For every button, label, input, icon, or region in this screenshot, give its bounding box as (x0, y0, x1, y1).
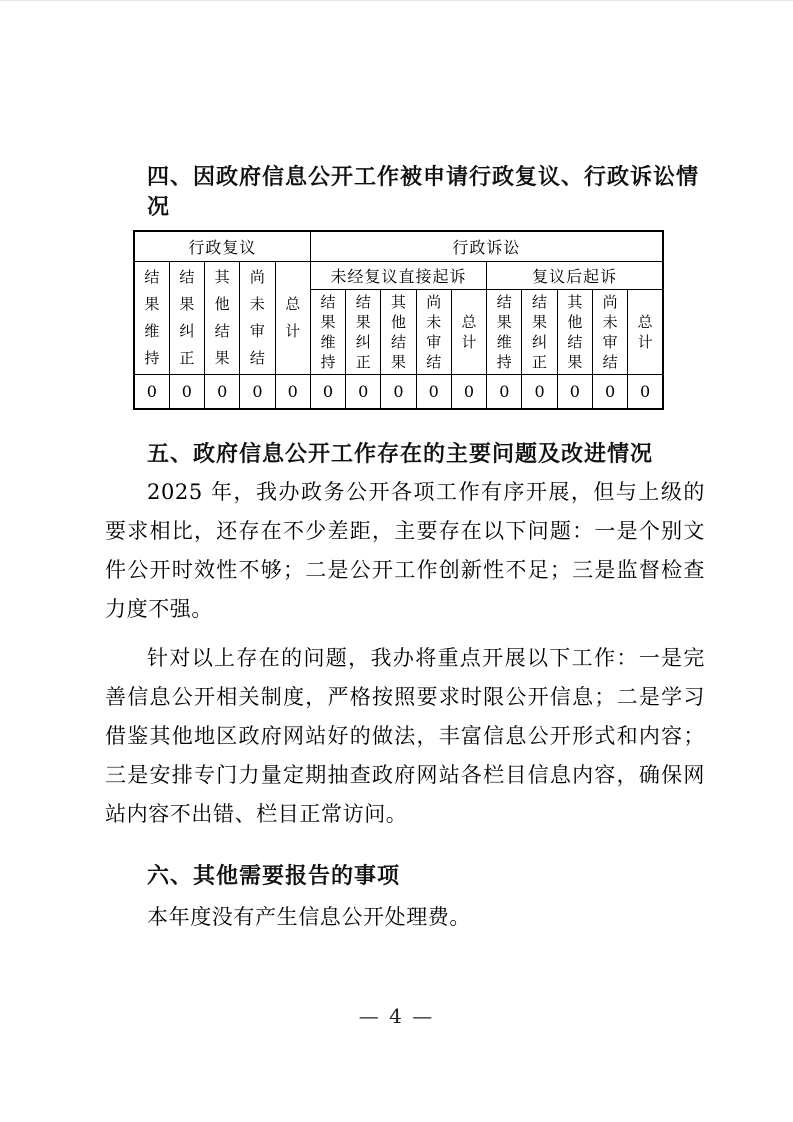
col-header-result-upheld: 结 果 维 持 (487, 290, 522, 375)
document-content: 四、因政府信息公开工作被申请行政复议、行政诉讼情况 行政复议 行政诉讼 结 果 … (0, 1, 793, 937)
col-header-result-upheld: 结 果 维 持 (310, 290, 345, 375)
col-header-result-corrected: 结 果 纠 正 (522, 290, 557, 375)
col-header-other-result: 其 他 结 果 (205, 262, 240, 375)
table-cell: 0 (416, 375, 451, 410)
section-six-paragraph: 本年度没有产生信息公开处理费。 (105, 898, 705, 937)
section-four-heading: 四、因政府信息公开工作被申请行政复议、行政诉讼情况 (105, 163, 705, 223)
review-litigation-table: 行政复议 行政诉讼 结 果 维 持 结 果 纠 正 其 他 结 果 尚 未 审 … (133, 230, 664, 410)
col-header-result-corrected: 结 果 纠 正 (346, 290, 381, 375)
table-group-header-row: 行政复议 行政诉讼 (134, 231, 663, 262)
table-cell: 0 (451, 375, 486, 410)
table-cell: 0 (169, 375, 204, 410)
col-header-pending: 尚 未 审 结 (416, 290, 451, 375)
col-header-total: 总 计 (275, 262, 310, 375)
table-cell: 0 (557, 375, 592, 410)
col-header-pending: 尚 未 审 结 (240, 262, 275, 375)
table-cell: 0 (346, 375, 381, 410)
section-five-paragraph-1: 2025 年，我办政务公开各项工作有序开展，但与上级的要求相比，还存在不少差距，… (105, 473, 705, 629)
table-cell: 0 (592, 375, 627, 410)
table-cell: 0 (487, 375, 522, 410)
direct-suit-subgroup-header: 未经复议直接起诉 (310, 262, 486, 290)
section-five-paragraph-2: 针对以上存在的问题，我办将重点开展以下工作：一是完善信息公开相关制度，严格按照要… (105, 639, 705, 834)
table-cell: 0 (381, 375, 416, 410)
col-header-other-result: 其 他 结 果 (557, 290, 592, 375)
col-header-pending: 尚 未 审 结 (592, 290, 627, 375)
section-five-heading: 五、政府信息公开工作存在的主要问题及改进情况 (105, 440, 705, 470)
col-header-total: 总 计 (628, 290, 663, 375)
table-cell: 0 (240, 375, 275, 410)
document-page: 四、因政府信息公开工作被申请行政复议、行政诉讼情况 行政复议 行政诉讼 结 果 … (0, 0, 793, 1122)
col-header-result-corrected: 结 果 纠 正 (169, 262, 204, 375)
table-data-row: 0 0 0 0 0 0 0 0 0 0 0 0 0 0 0 (134, 375, 663, 410)
table-cell: 0 (275, 375, 310, 410)
table-cell: 0 (522, 375, 557, 410)
col-header-result-upheld: 结 果 维 持 (134, 262, 169, 375)
table-subgroup-header-row: 结 果 维 持 结 果 纠 正 其 他 结 果 尚 未 审 结 总 计 未经复议… (134, 262, 663, 290)
page-number: — 4 — (0, 1004, 793, 1028)
table-cell: 0 (628, 375, 663, 410)
review-group-header: 行政复议 (134, 231, 310, 262)
table-cell: 0 (134, 375, 169, 410)
section-six-heading: 六、其他需要报告的事项 (105, 862, 705, 892)
post-review-suit-subgroup-header: 复议后起诉 (487, 262, 663, 290)
table-cell: 0 (310, 375, 345, 410)
table-cell: 0 (205, 375, 240, 410)
col-header-total: 总 计 (451, 290, 486, 375)
litigation-group-header: 行政诉讼 (310, 231, 663, 262)
col-header-other-result: 其 他 结 果 (381, 290, 416, 375)
